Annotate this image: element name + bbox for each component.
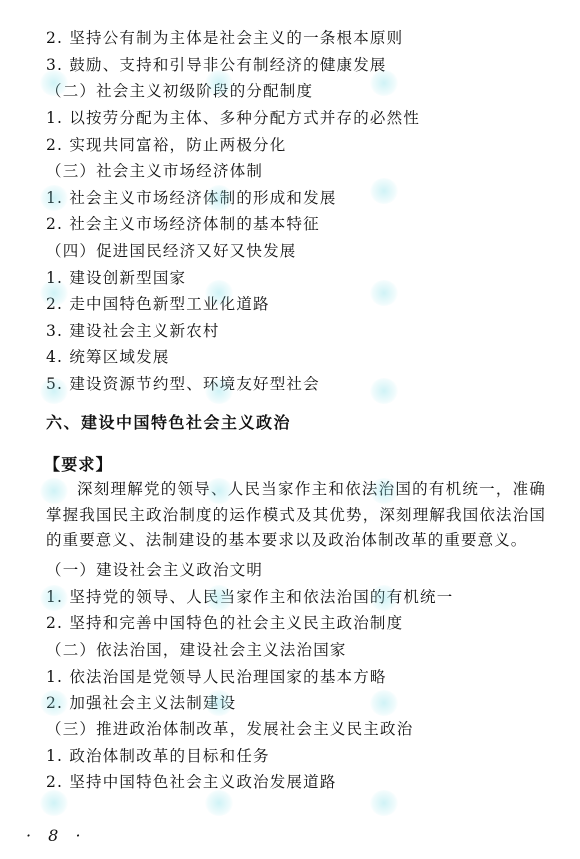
list-item: 2. 走中国特色新型工业化道路 <box>46 294 270 314</box>
watermark-mark <box>205 790 233 816</box>
list-item: 2. 社会主义市场经济体制的基本特征 <box>46 214 320 234</box>
list-item: 1. 社会主义市场经济体制的形成和发展 <box>46 188 337 208</box>
subsection-heading: （二）依法治国，建设社会主义法治国家 <box>46 640 347 660</box>
list-item: 2. 坚持中国特色社会主义政治发展道路 <box>46 772 337 792</box>
list-item: 2. 坚持公有制为主体是社会主义的一条根本原则 <box>46 28 403 48</box>
subsection-heading: （四）促进国民经济又好又快发展 <box>46 241 297 261</box>
watermark-mark <box>370 690 398 716</box>
requirement-label: 【要求】 <box>44 455 113 475</box>
subsection-heading: （一）建设社会主义政治文明 <box>46 560 263 580</box>
list-item: 2. 实现共同富裕，防止两极分化 <box>46 135 286 155</box>
list-item: 1. 建设创新型国家 <box>46 268 186 288</box>
list-item: 3. 建设社会主义新农村 <box>46 321 220 341</box>
requirement-paragraph: 深刻理解党的领导、人民当家作主和依法治国的有机统一，准确掌握我国民主政治制度的运… <box>46 477 546 554</box>
subsection-heading: （三）推进政治体制改革，发展社会主义民主政治 <box>46 719 413 739</box>
watermark-mark <box>370 378 398 404</box>
page-number: · 8 · <box>26 826 87 845</box>
watermark-mark <box>370 280 398 306</box>
subsection-heading: （三）社会主义市场经济体制 <box>46 161 263 181</box>
list-item: 1. 坚持党的领导、人民当家作主和依法治国的有机统一 <box>46 587 453 607</box>
list-item: 3. 鼓励、支持和引导非公有制经济的健康发展 <box>46 55 387 75</box>
list-item: 1. 以按劳分配为主体、多种分配方式并存的必然性 <box>46 108 420 128</box>
subsection-heading: （二）社会主义初级阶段的分配制度 <box>46 81 313 101</box>
watermark-mark <box>370 178 398 204</box>
list-item: 1. 政治体制改革的目标和任务 <box>46 746 270 766</box>
list-item: 2. 加强社会主义法制建设 <box>46 693 236 713</box>
list-item: 2. 坚持和完善中国特色的社会主义民主政治制度 <box>46 613 403 633</box>
list-item: 5. 建设资源节约型、环境友好型社会 <box>46 374 320 394</box>
section-heading: 六、建设中国特色社会主义政治 <box>46 413 291 433</box>
list-item: 4. 统筹区域发展 <box>46 347 170 367</box>
watermark-mark <box>40 790 68 816</box>
list-item: 1. 依法治国是党领导人民治理国家的基本方略 <box>46 667 387 687</box>
watermark-mark <box>370 790 398 816</box>
